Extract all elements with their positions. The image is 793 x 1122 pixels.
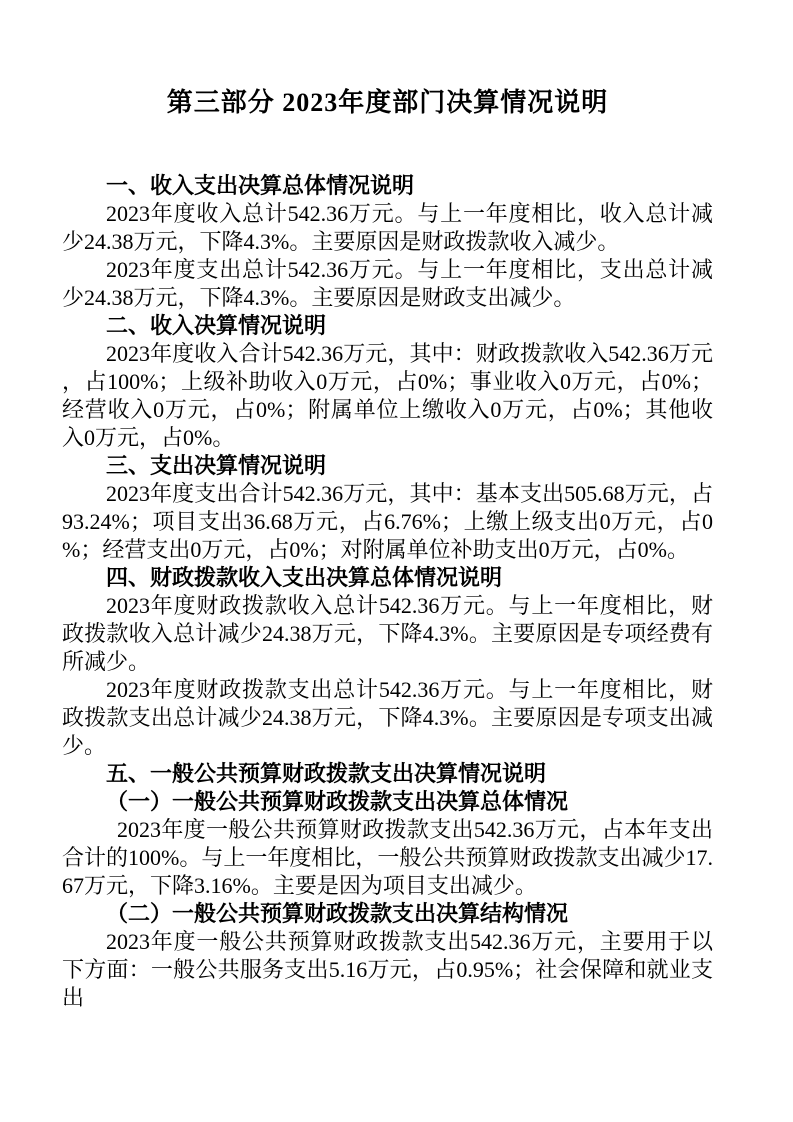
section-heading: （一）一般公共预算财政拨款支出决算总体情况 (62, 788, 713, 816)
paragraph: 2023年度财政拨款收入总计542.36万元。与上一年度相比，财政拨款收入总计减… (62, 592, 713, 676)
document-title: 第三部分 2023年度部门决算情况说明 (62, 86, 713, 120)
document-page: 第三部分 2023年度部门决算情况说明 一、收入支出决算总体情况说明2023年度… (0, 0, 793, 1122)
section-heading: 三、支出决算情况说明 (62, 452, 713, 480)
paragraph: 2023年度收入总计542.36万元。与上一年度相比，收入总计减少24.38万元… (62, 200, 713, 256)
paragraph: 2023年度一般公共预算财政拨款支出542.36万元，主要用于以下方面：一般公共… (62, 928, 713, 1012)
section-heading: 五、一般公共预算财政拨款支出决算情况说明 (62, 760, 713, 788)
paragraph: 2023年度收入合计542.36万元，其中：财政拨款收入542.36万元，占10… (62, 340, 713, 452)
paragraph: 2023年度支出总计542.36万元。与上一年度相比，支出总计减少24.38万元… (62, 256, 713, 312)
section-heading: 二、收入决算情况说明 (62, 312, 713, 340)
paragraph: 2023年度一般公共预算财政拨款支出542.36万元，占本年支出合计的100%。… (62, 816, 713, 900)
paragraph: 2023年度财政拨款支出总计542.36万元。与上一年度相比，财政拨款支出总计减… (62, 676, 713, 760)
section-heading: （二）一般公共预算财政拨款支出决算结构情况 (62, 900, 713, 928)
section-heading: 一、收入支出决算总体情况说明 (62, 172, 713, 200)
paragraph: 2023年度支出合计542.36万元，其中：基本支出505.68万元，占93.2… (62, 480, 713, 564)
document-body: 一、收入支出决算总体情况说明2023年度收入总计542.36万元。与上一年度相比… (62, 172, 713, 1012)
section-heading: 四、财政拨款收入支出决算总体情况说明 (62, 564, 713, 592)
